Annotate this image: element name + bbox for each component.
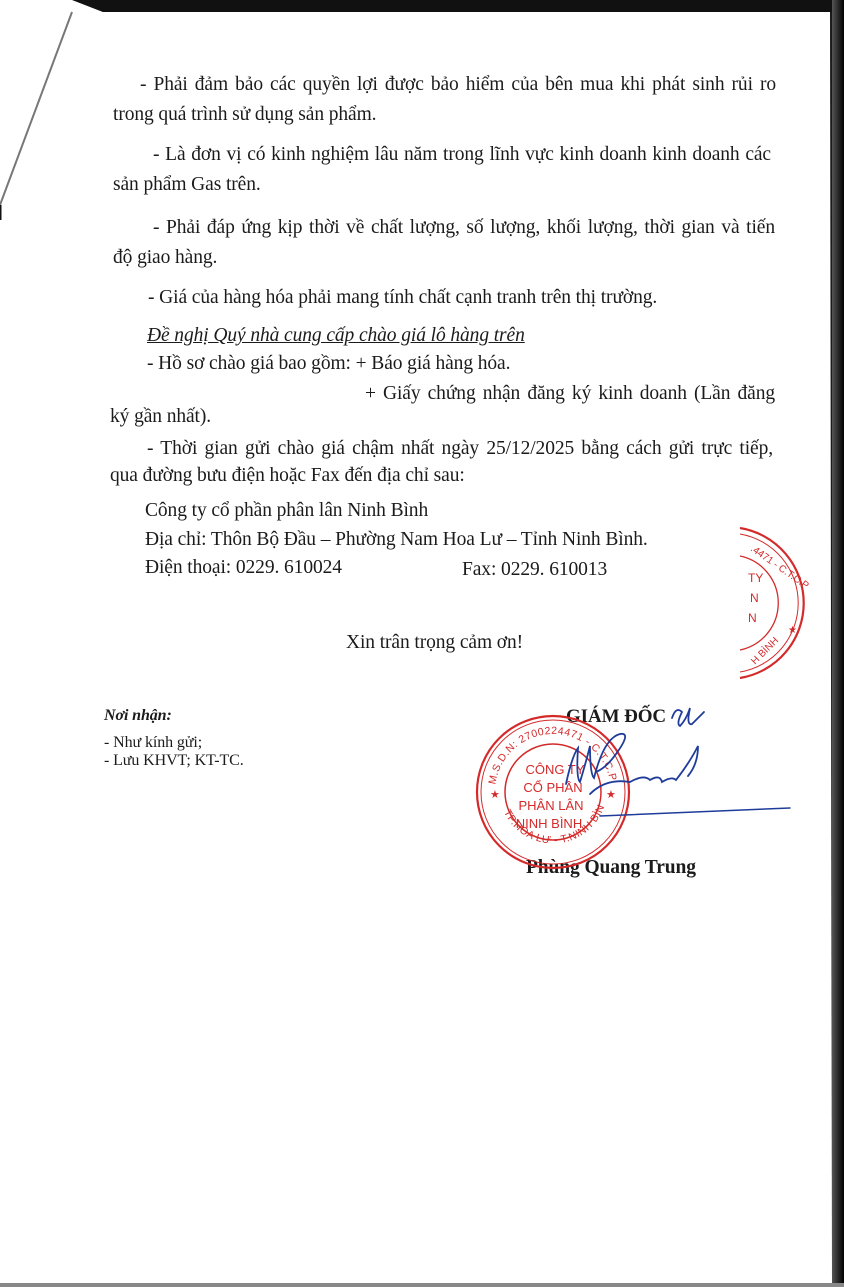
stamp-center-line: CỔ PHẦN — [523, 780, 582, 795]
partial-seal-stamp-right-edge: .4471 - C.T.C.P H BÌNH ★ TY N N — [700, 520, 810, 685]
request-heading: Đề nghị Quý nhà cung cấp chào giá lô hàn… — [147, 325, 525, 347]
scan-border-right — [832, 0, 844, 1287]
dossier-line3: ký gần nhất). — [110, 406, 211, 428]
svg-text:H BÌNH: H BÌNH — [748, 634, 781, 667]
paragraph-experience-line1: - Là đơn vị có kinh nghiệm lâu năm trong… — [153, 144, 771, 166]
svg-text:M.S.D.N: 2700224471 - C.T.C.P: M.S.D.N: 2700224471 - C.T.C.P — [486, 725, 618, 785]
signer-name: Phùng Quang Trung — [526, 857, 696, 879]
paragraph-delivery-line2: độ giao hàng. — [113, 247, 217, 269]
contact-fax: Fax: 0229. 610013 — [462, 559, 607, 581]
svg-text:N: N — [748, 611, 757, 625]
dossier-line1: - Hồ sơ chào giá bao gồm: + Báo giá hàng… — [147, 353, 510, 375]
document-page: - Phải đảm bảo các quyền lợi được bảo hi… — [0, 0, 832, 1283]
stamp-ring-top: M.S.D.N: 2700224471 - C.T.C.P — [486, 725, 618, 785]
company-seal-stamp: M.S.D.N: 2700224471 - C.T.C.P TP.HOA LƯ … — [473, 712, 633, 872]
contact-phone: Điện thoại: 0229. 610024 — [145, 557, 342, 579]
scan-border-top — [72, 0, 844, 12]
contact-company: Công ty cổ phần phân lân Ninh Bình — [145, 500, 428, 522]
svg-text:TP.HOA LƯ - T.NINH BÌNH: TP.HOA LƯ - T.NINH BÌNH — [473, 712, 607, 847]
closing-thanks: Xin trân trọng cảm ơn! — [346, 632, 523, 654]
svg-text:★: ★ — [606, 789, 616, 801]
svg-text:N: N — [750, 591, 759, 605]
svg-text:★: ★ — [788, 625, 797, 636]
stamp-ring-bottom: TP.HOA LƯ - T.NINH BÌNH — [473, 712, 607, 847]
paragraph-delivery-line1: - Phải đáp ứng kịp thời về chất lượng, s… — [153, 217, 775, 239]
paragraph-price: - Giá của hàng hóa phải mang tính chất c… — [148, 287, 657, 309]
recipients-title: Nơi nhận: — [104, 707, 172, 725]
stamp-center-line: NINH BÌNH — [516, 816, 582, 831]
stamp-center-line: CÔNG TY — [526, 762, 585, 777]
paragraph-insurance-line1: - Phải đảm bảo các quyền lợi được bảo hi… — [140, 74, 776, 96]
paragraph-experience-line2: sản phẩm Gas trên. — [113, 174, 261, 196]
stamp-center-line: PHÂN LÂN — [518, 798, 583, 813]
paragraph-insurance-line2: trong quá trình sử dụng sản phẩm. — [113, 104, 376, 126]
svg-text:.4471 - C.T.C.P: .4471 - C.T.C.P — [748, 543, 810, 591]
svg-text:★: ★ — [490, 789, 500, 801]
signer-position: GIÁM ĐỐC — [566, 706, 666, 728]
deadline-line2: qua đường bưu điện hoặc Fax đến địa chỉ … — [110, 465, 465, 487]
recipient-item: - Lưu KHVT; KT-TC. — [104, 752, 244, 770]
dossier-line2: + Giấy chứng nhận đăng ký kinh doanh (Lầ… — [365, 383, 775, 405]
recipient-item: - Như kính gửi; — [104, 734, 202, 752]
contact-address: Địa chỉ: Thôn Bộ Đầu – Phường Nam Hoa Lư… — [145, 529, 648, 551]
deadline-line1: - Thời gian gửi chào giá chậm nhất ngày … — [147, 438, 773, 460]
svg-text:TY: TY — [748, 571, 763, 585]
scan-border-bottom — [0, 1283, 844, 1287]
